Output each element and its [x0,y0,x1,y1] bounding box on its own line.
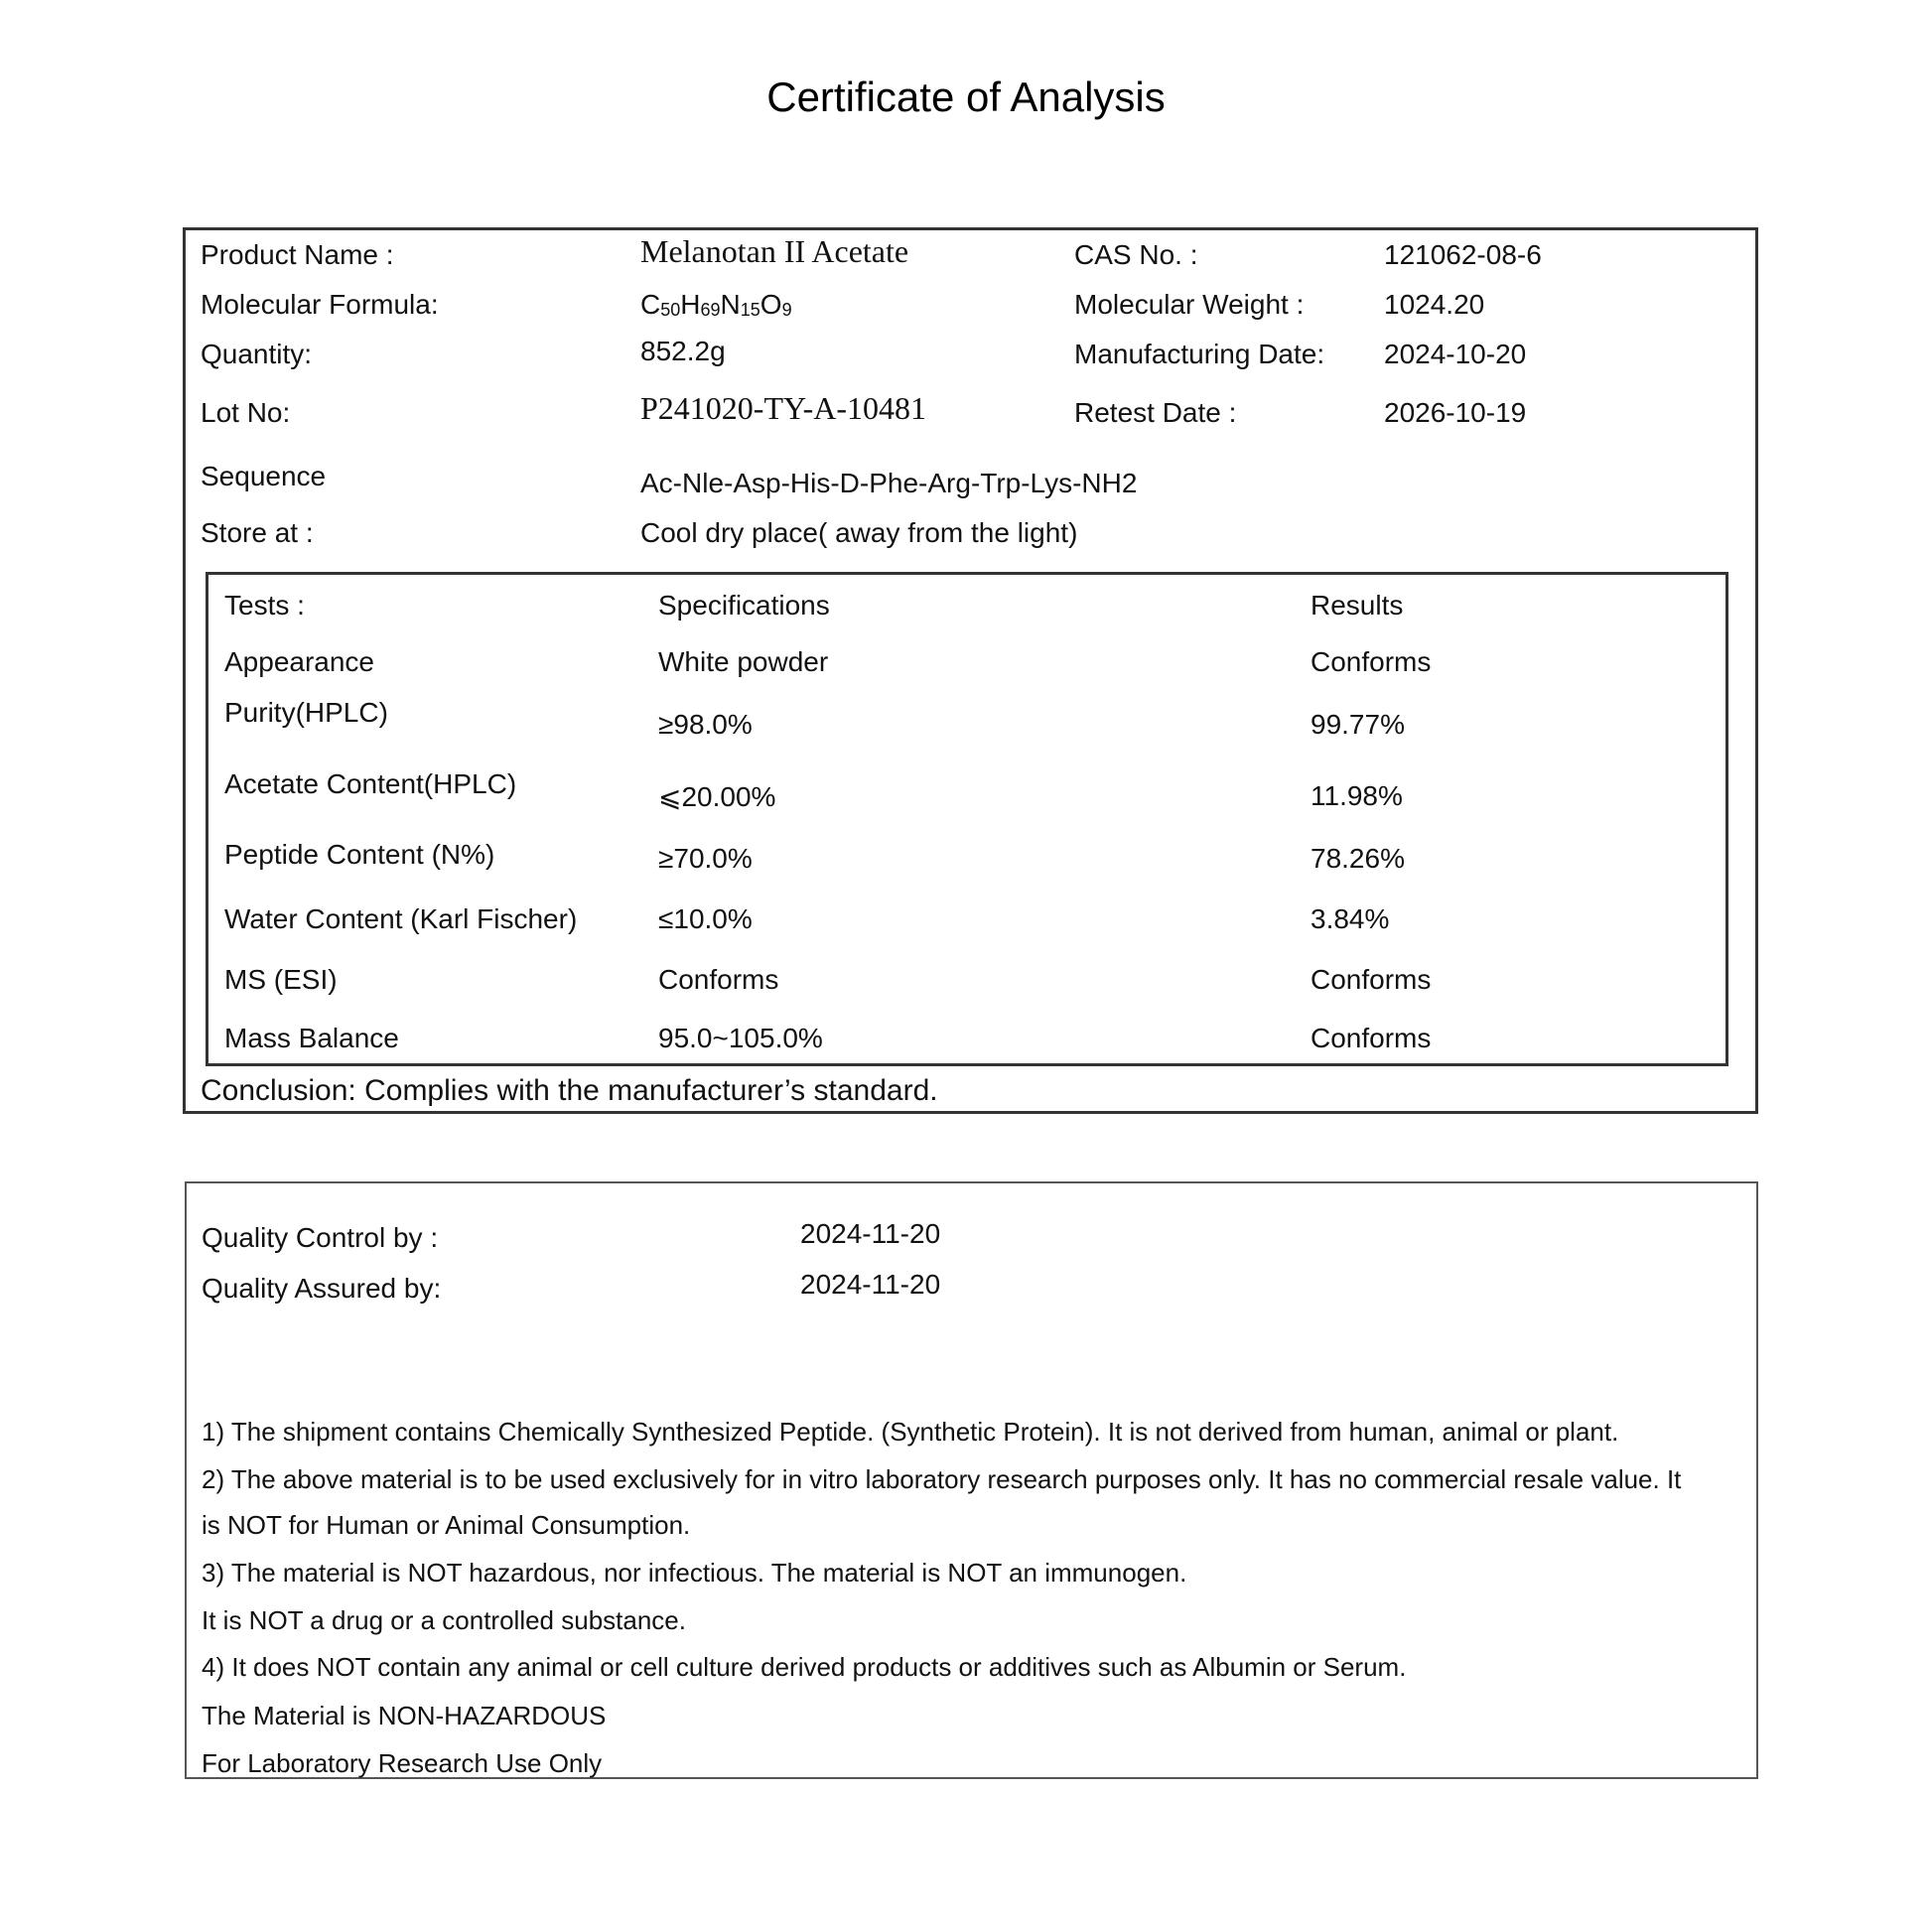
note-line: 3) The material is NOT hazardous, nor in… [202,1558,1186,1588]
quality-control-date: 2024-11-20 [800,1218,940,1250]
note-line: 4) It does NOT contain any animal or cel… [202,1652,1406,1683]
test-specification: ≥98.0% [658,709,753,741]
test-result: Conforms [1311,964,1431,996]
test-result: Conforms [1311,646,1431,678]
test-result: 11.98% [1311,780,1403,812]
test-name: Acetate Content(HPLC) [224,768,516,800]
manufacturing-date-value: 2024-10-20 [1384,339,1526,370]
sequence-label: Sequence [201,461,326,492]
test-specification: White powder [658,646,828,678]
retest-date-value: 2026-10-19 [1384,397,1526,429]
molecular-weight-label: Molecular Weight : [1074,289,1304,321]
results-header: Results [1311,590,1403,621]
retest-date-label: Retest Date : [1074,397,1236,429]
sequence-value: Ac-Nle-Asp-His-D-Phe-Arg-Trp-Lys-NH2 [640,468,1137,499]
test-name: Appearance [224,646,374,678]
page-title: Certificate of Analysis [0,73,1932,121]
test-name: Peptide Content (N%) [224,839,494,871]
tests-header: Tests : [224,590,305,621]
test-specification: ≤10.0% [658,903,753,935]
note-line: is NOT for Human or Animal Consumption. [202,1510,690,1541]
cas-no-value: 121062-08-6 [1384,239,1542,271]
lot-no-label: Lot No: [201,397,290,429]
note-line: 1) The shipment contains Chemically Synt… [202,1417,1618,1448]
note-line: 2) The above material is to be used excl… [202,1464,1681,1495]
test-specification: ≥70.0% [658,843,753,875]
test-result: 99.77% [1311,709,1405,741]
test-name: MS (ESI) [224,964,338,996]
quantity-value: 852.2g [640,336,726,367]
specifications-header: Specifications [658,590,830,621]
test-specification: Conforms [658,964,778,996]
test-name: Mass Balance [224,1023,399,1054]
quality-assured-date: 2024-11-20 [800,1269,940,1301]
molecular-weight-value: 1024.20 [1384,289,1484,321]
quality-assured-label: Quality Assured by: [202,1273,441,1305]
test-result: 3.84% [1311,903,1389,935]
test-result: Conforms [1311,1023,1431,1054]
product-name-label: Product Name : [201,239,394,271]
test-result: 78.26% [1311,843,1405,875]
cas-no-label: CAS No. : [1074,239,1197,271]
molecular-formula-label: Molecular Formula: [201,289,439,321]
quantity-label: Quantity: [201,339,312,370]
quality-control-label: Quality Control by : [202,1222,438,1254]
test-specification: ⩽20.00% [658,780,775,813]
note-line: The Material is NON-HAZARDOUS [202,1701,606,1731]
product-name-value: Melanotan II Acetate [640,233,908,270]
store-at-label: Store at : [201,517,314,549]
tests-table [206,572,1728,1066]
manufacturing-date-label: Manufacturing Date: [1074,339,1324,370]
note-line: For Laboratory Research Use Only [202,1748,602,1779]
test-specification: 95.0~105.0% [658,1023,823,1054]
conclusion: Conclusion: Complies with the manufactur… [201,1074,938,1108]
store-at-value: Cool dry place( away from the light) [640,517,1077,549]
note-line: It is NOT a drug or a controlled substan… [202,1605,686,1636]
molecular-formula-value: C50H69N15O9 [640,289,792,321]
test-name: Water Content (Karl Fischer) [224,903,577,935]
lot-no-value: P241020-TY-A-10481 [640,390,926,427]
test-name: Purity(HPLC) [224,697,388,729]
